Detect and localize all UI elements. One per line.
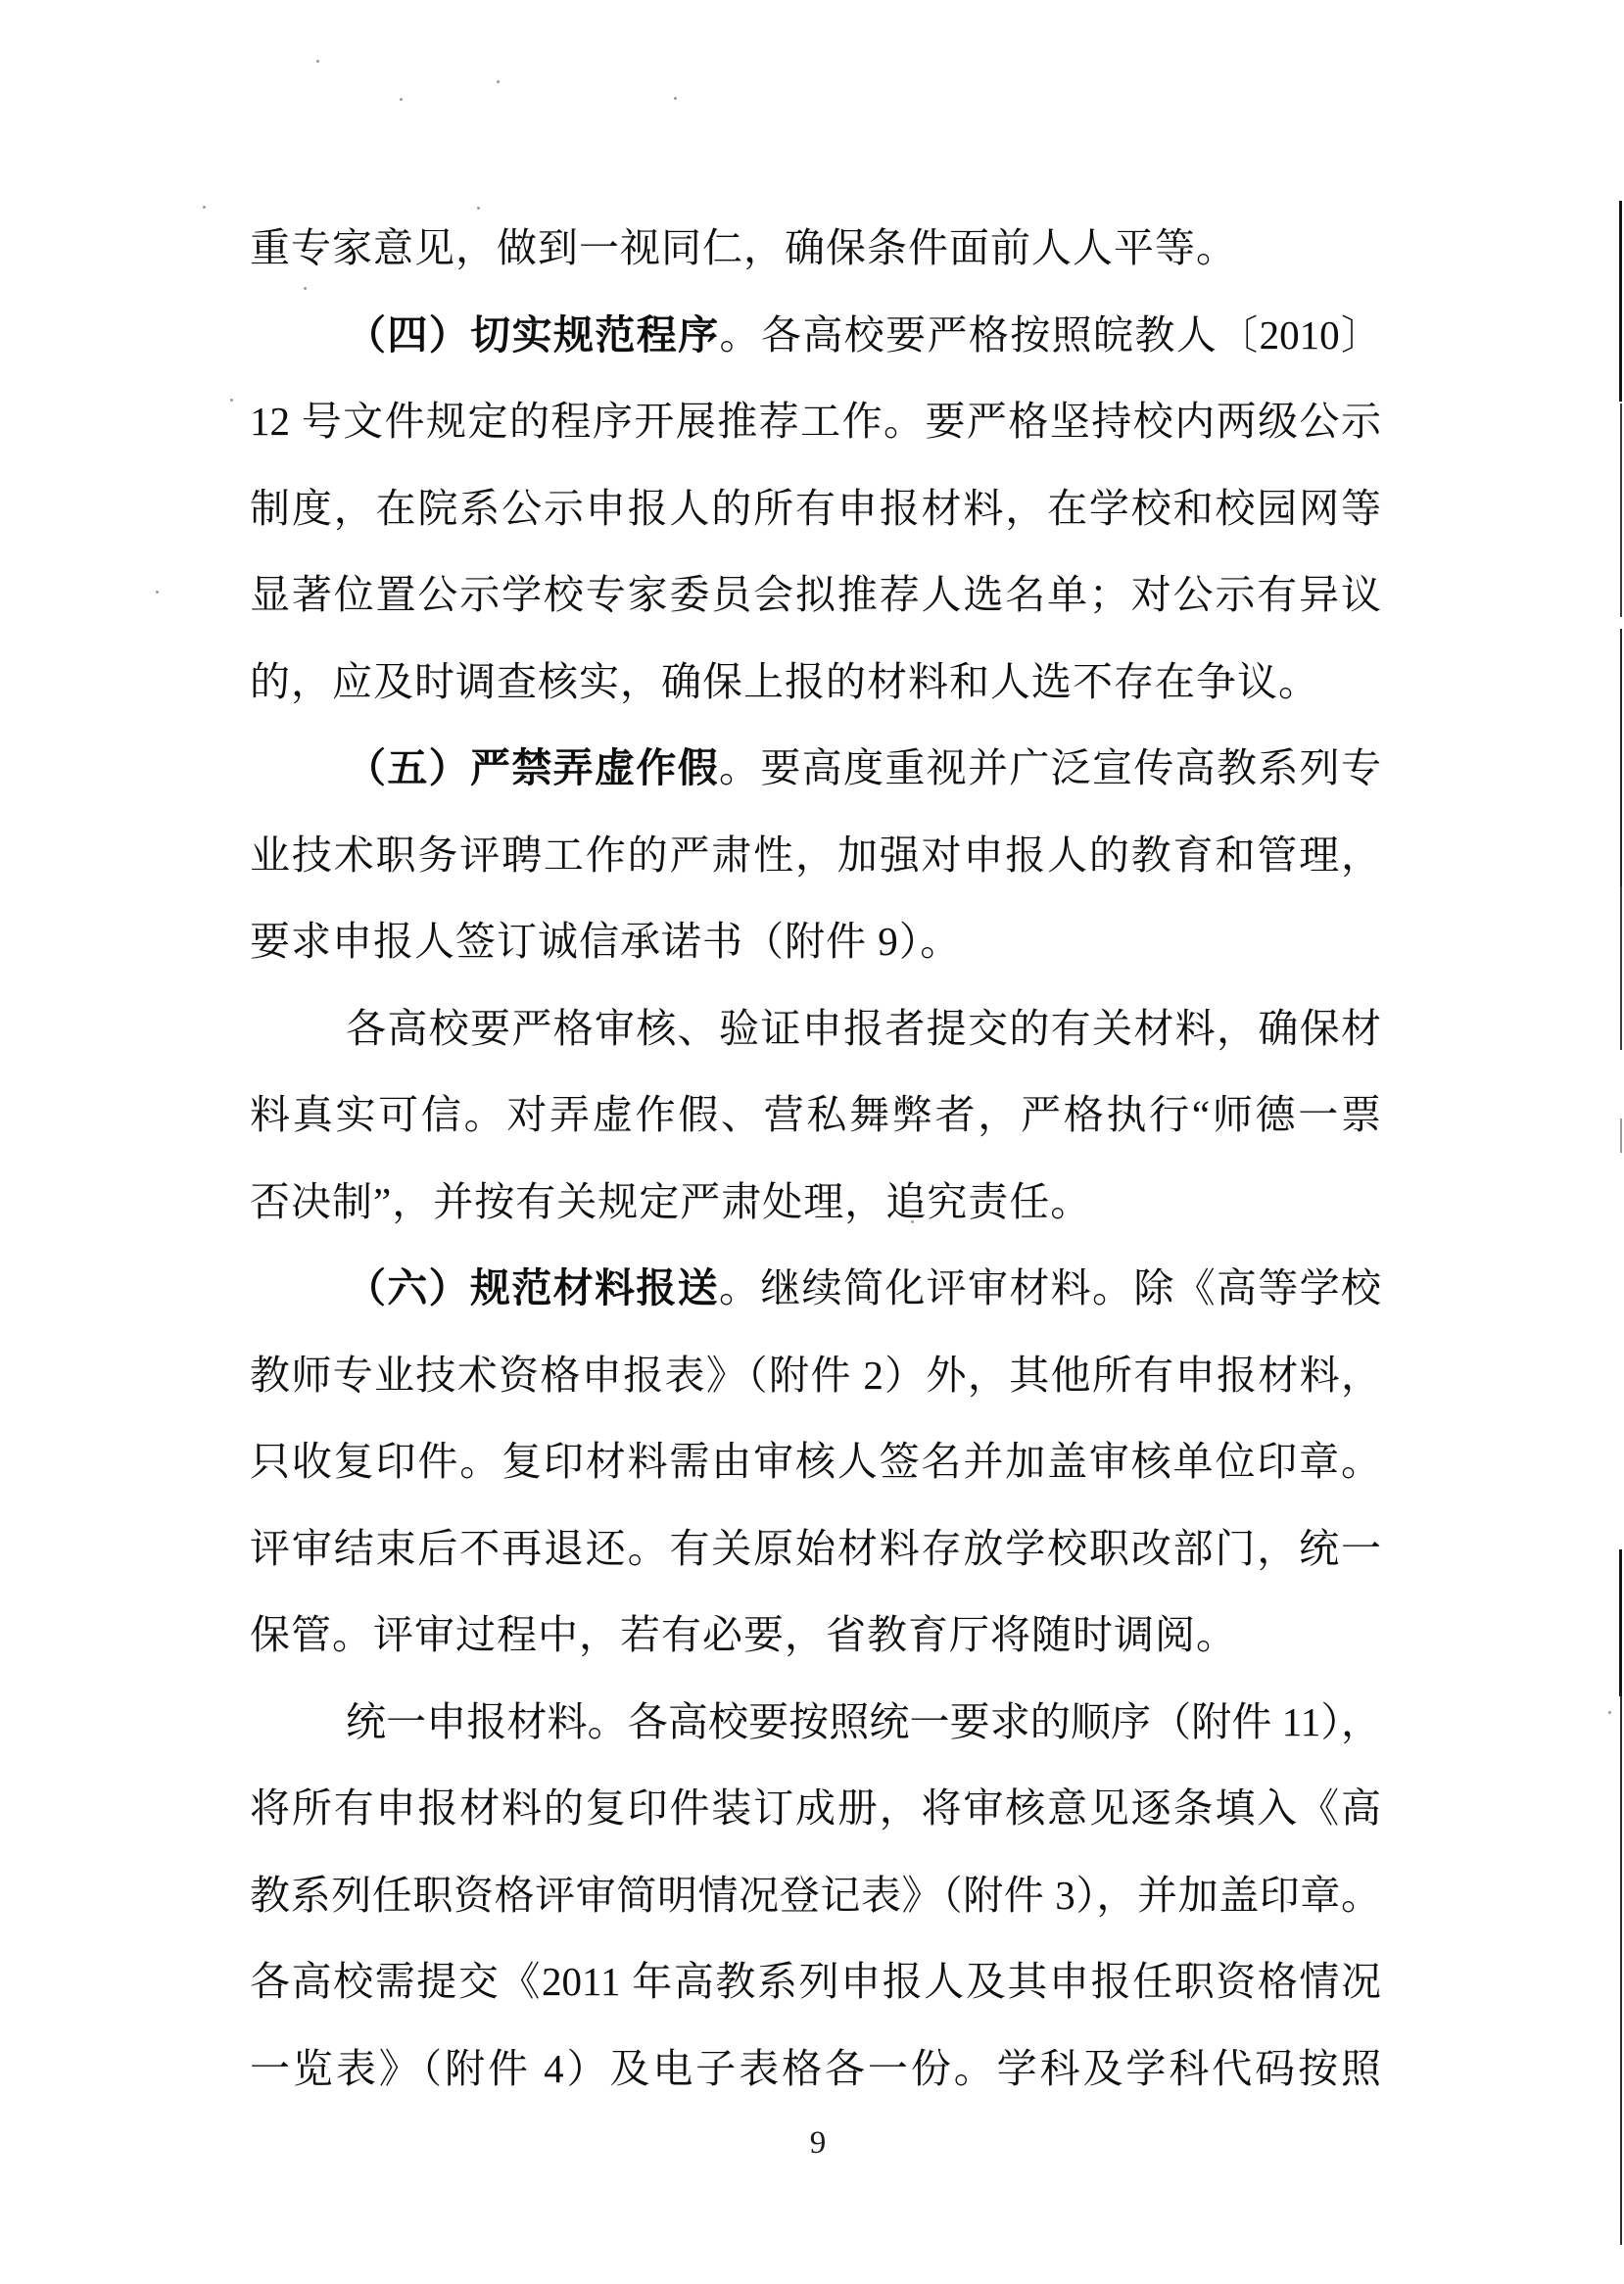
scan-artifact-line	[1619, 1549, 1622, 1696]
line-text: 显著位置公示学校专家委员会拟推荐人选名单；对公示有异议	[250, 572, 1381, 617]
text-line: 业技术职务评聘工作的严肃性，加强对申报人的教育和管理，	[250, 812, 1381, 899]
text-line: 将所有申报材料的复印件装订成册，将审核意见逐条填入《高	[250, 1765, 1381, 1852]
scan-speck	[316, 60, 319, 63]
line-text: 教系列任职资格评审简明情况登记表》（附件 3），并加盖印章。	[250, 1873, 1381, 1918]
line-text: 业技术职务评聘工作的严肃性，加强对申报人的教育和管理，	[250, 833, 1381, 878]
line-text: 各高校需提交《2011 年高教系列申报人及其申报任职资格情况	[250, 1959, 1381, 2004]
scan-speck	[203, 206, 206, 209]
scan-speck	[674, 97, 677, 100]
line-text: 制度，在院系公示申报人的所有申报材料，在学校和校园网等	[250, 486, 1381, 531]
line-text: 统一申报材料。各高校要按照统一要求的顺序（附件 11），	[346, 1699, 1381, 1744]
line-text: 保管。评审过程中，若有必要，省教育厅将随时调阅。	[250, 1612, 1237, 1657]
document-page: 重专家意见，做到一视同仁，确保条件面前人人平等。（四）切实规范程序。各高校要严格…	[0, 0, 1624, 2284]
scan-speck	[1608, 1711, 1611, 1714]
scan-speck	[304, 287, 307, 290]
text-line: 统一申报材料。各高校要按照统一要求的顺序（附件 11），	[250, 1679, 1381, 1766]
text-line: 评审结束后不再退还。有关原始材料存放学校职改部门，统一	[250, 1505, 1381, 1593]
text-line: （四）切实规范程序。各高校要严格按照皖教人〔2010〕	[250, 292, 1381, 379]
line-text: 12 号文件规定的程序开展推荐工作。要严格坚持校内两级公示	[250, 399, 1381, 444]
text-line: （六）规范材料报送。继续简化评审材料。除《高等学校	[250, 1245, 1381, 1332]
scan-artifact-line	[1620, 1696, 1622, 2245]
scan-speck	[477, 207, 480, 210]
line-text: 一览表》（附件 4）及电子表格各一份。学科及学科代码按照《高	[250, 2046, 1381, 2113]
text-line: 要求申报人签订诚信承诺书（附件 9）。	[250, 898, 1381, 985]
text-line: 各高校需提交《2011 年高教系列申报人及其申报任职资格情况	[250, 1938, 1381, 2025]
text-line: 否决制”，并按有关规定严肃处理，追究责任。	[250, 1159, 1381, 1246]
scan-artifact-line	[1619, 201, 1622, 402]
text-line: 一览表》（附件 4）及电子表格各一份。学科及学科代码按照《高	[250, 2025, 1381, 2113]
line-text: 。各高校要严格按照皖教人〔2010〕	[720, 312, 1381, 357]
text-line: 只收复印件。复印材料需由审核人签名并加盖审核单位印章。	[250, 1418, 1381, 1505]
line-text: 。继续简化评审材料。除《高等学校	[719, 1265, 1381, 1310]
scan-speck	[230, 399, 233, 402]
line-text: 只收复印件。复印材料需由审核人签名并加盖审核单位印章。	[250, 1439, 1381, 1484]
line-text: 将所有申报材料的复印件装订成册，将审核意见逐条填入《高	[250, 1785, 1381, 1831]
line-text: 。要高度重视并广泛宣传高教系列专	[719, 745, 1381, 790]
line-text: 重专家意见，做到一视同仁，确保条件面前人人平等。	[250, 225, 1237, 270]
page-number: 9	[784, 2125, 852, 2162]
text-line: 教系列任职资格评审简明情况登记表》（附件 3），并加盖印章。	[250, 1852, 1381, 1939]
line-text: 评审结束后不再退还。有关原始材料存放学校职改部门，统一	[250, 1526, 1381, 1571]
heading-bold-text: （五）严禁弄虚作假	[346, 745, 719, 790]
heading-bold-text: （六）规范材料报送	[346, 1265, 719, 1310]
text-line: 保管。评审过程中，若有必要，省教育厅将随时调阅。	[250, 1592, 1381, 1679]
text-line: 的，应及时调查核实，确保上报的材料和人选不存在争议。	[250, 639, 1381, 726]
line-text: 要求申报人签订诚信承诺书（附件 9）。	[250, 919, 961, 964]
line-text: 料真实可信。对弄虚作假、营私舞弊者，严格执行“师德一票	[250, 1092, 1381, 1137]
scan-speck	[911, 1220, 914, 1223]
scan-speck	[400, 98, 403, 101]
text-line: 显著位置公示学校专家委员会拟推荐人选名单；对公示有异议	[250, 551, 1381, 639]
scan-artifact-line	[1620, 886, 1622, 1050]
scan-artifact-line	[1620, 629, 1622, 886]
scan-speck	[156, 591, 159, 594]
text-line: （五）严禁弄虚作假。要高度重视并广泛宣传高教系列专	[250, 725, 1381, 812]
text-line: 制度，在院系公示申报人的所有申报材料，在学校和校园网等	[250, 465, 1381, 552]
text-line: 重专家意见，做到一视同仁，确保条件面前人人平等。	[250, 205, 1381, 292]
text-line: 12 号文件规定的程序开展推荐工作。要严格坚持校内两级公示	[250, 378, 1381, 465]
document-body: 重专家意见，做到一视同仁，确保条件面前人人平等。（四）切实规范程序。各高校要严格…	[250, 205, 1381, 2112]
text-line: 料真实可信。对弄虚作假、营私舞弊者，严格执行“师德一票	[250, 1071, 1381, 1159]
text-line: 教师专业技术资格申报表》（附件 2）外，其他所有申报材料，	[250, 1332, 1381, 1419]
heading-bold-text: （四）切实规范程序	[346, 312, 720, 357]
scan-speck	[497, 80, 500, 83]
line-text: 教师专业技术资格申报表》（附件 2）外，其他所有申报材料，	[250, 1353, 1381, 1398]
scan-artifact-line	[1620, 1118, 1622, 1153]
line-text: 各高校要严格审核、验证申报者提交的有关材料，确保材	[346, 1006, 1381, 1051]
line-text: 的，应及时调查核实，确保上报的材料和人选不存在争议。	[250, 659, 1319, 704]
text-line: 各高校要严格审核、验证申报者提交的有关材料，确保材	[250, 985, 1381, 1072]
scan-artifact-line	[1620, 404, 1622, 617]
line-text: 否决制”，并按有关规定严肃处理，追究责任。	[250, 1179, 1091, 1224]
